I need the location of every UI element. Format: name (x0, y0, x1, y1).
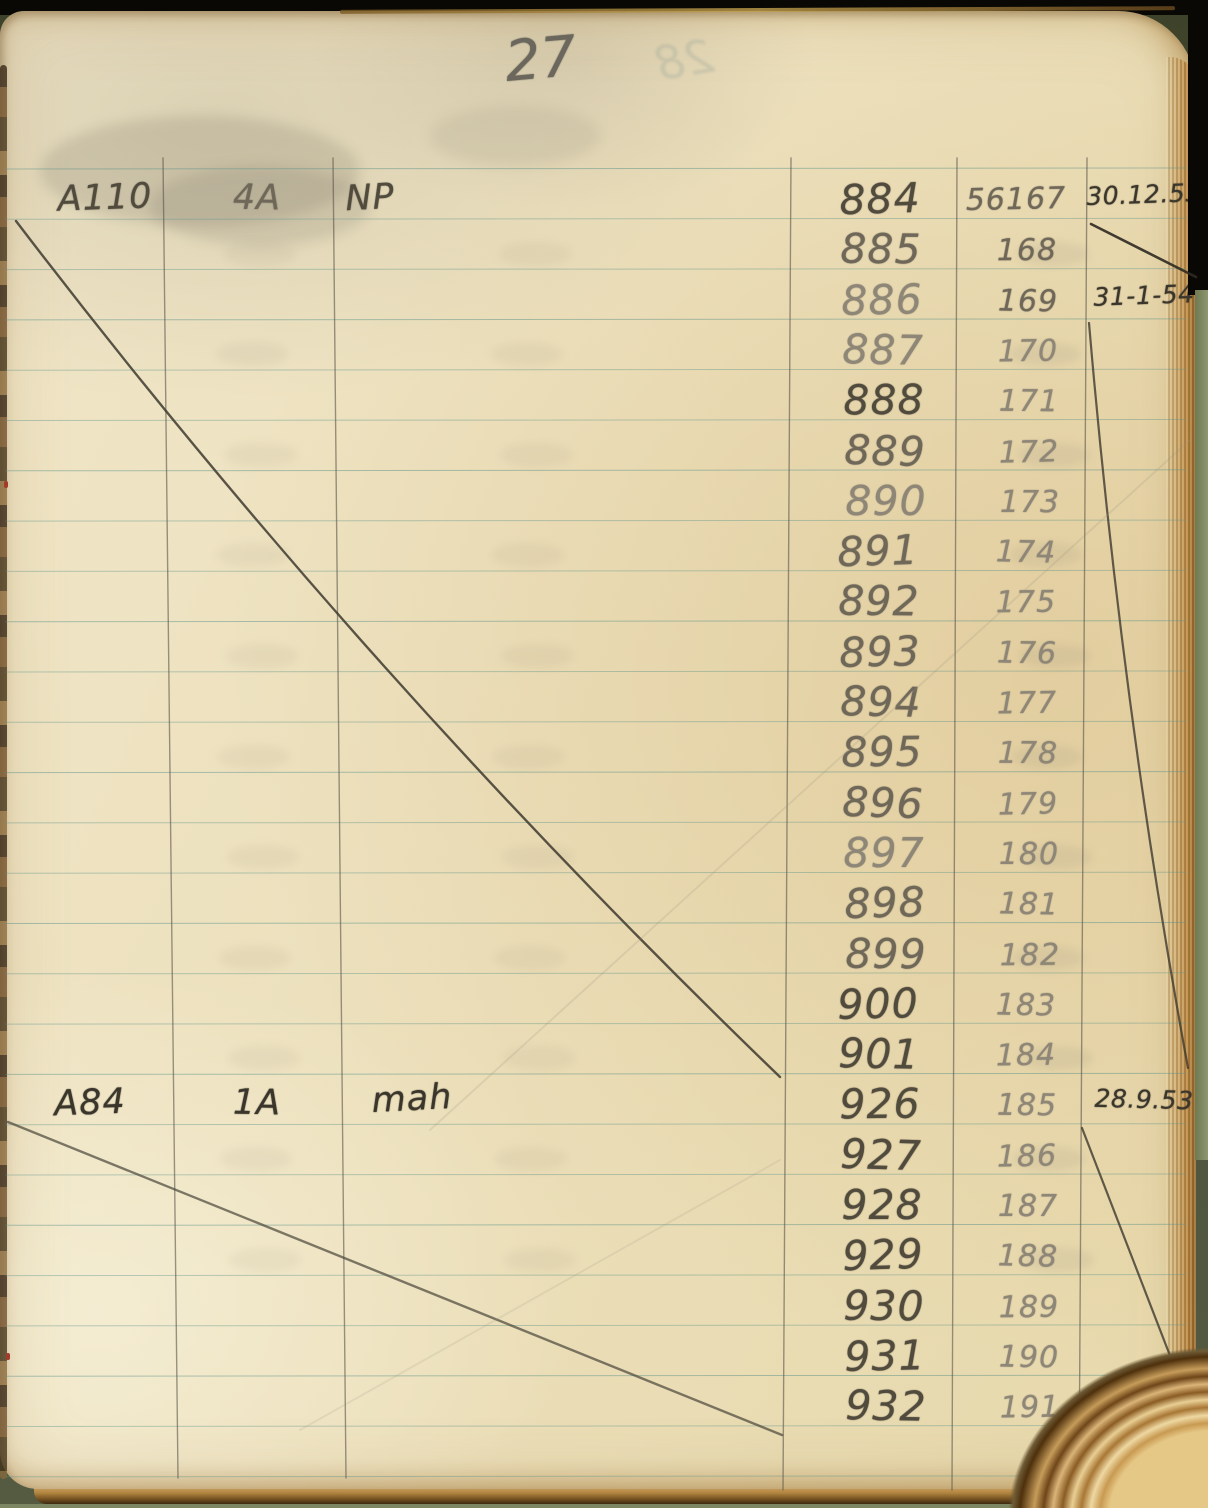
running-number-cell: 180 (987, 838, 1071, 872)
running-number-cell: 181 (987, 887, 1072, 923)
bleedthrough-blob (504, 1248, 576, 1272)
serial-number-cell: 885 (825, 227, 937, 272)
reference-cell: A110 (49, 176, 160, 220)
running-number-cell: 182 (988, 938, 1072, 973)
bleedthrough-blob (228, 1046, 300, 1070)
serial-number-cell: 932 (830, 1383, 943, 1429)
pencil-smudge (430, 106, 600, 166)
serial-number-cell: 899 (830, 931, 942, 976)
serial-number-cell: 892 (823, 579, 935, 624)
bleedthrough-blob (224, 242, 296, 266)
worn-left-edge (0, 65, 7, 1479)
running-number-cell: 188 (986, 1239, 1071, 1275)
notebook-page: 27 28 A1104ANP8845616730.12.538851688861… (0, 11, 1196, 1489)
bleedthrough-blob (503, 1046, 575, 1070)
serial-number-cell: 893 (824, 629, 937, 675)
backdrop-right-black (1188, 0, 1208, 295)
bleedthrough-blob (217, 543, 289, 567)
bleedthrough-blob (499, 242, 571, 266)
serial-number-cell: 888 (828, 378, 940, 423)
serial-number-cell: 930 (828, 1283, 940, 1328)
bleedthrough-blob (491, 342, 563, 366)
serial-number-cell: 928 (826, 1183, 938, 1227)
backdrop-right-green (1195, 290, 1208, 1160)
running-number-cell: 175 (984, 586, 1068, 621)
date-cell: 28.9.53 (1086, 1085, 1203, 1116)
running-number-cell: 186 (985, 1139, 1070, 1175)
bleedthrough-blob (494, 946, 566, 970)
serial-number-cell: 890 (830, 479, 942, 523)
serial-number-cell: 896 (826, 779, 939, 826)
serial-number-cell: 895 (826, 730, 938, 775)
running-number-cell: 170 (986, 334, 1070, 369)
date-cell: 30.12.53 (1086, 179, 1203, 211)
running-number-cell: 189 (987, 1290, 1071, 1325)
bleedthrough-blob (225, 443, 297, 467)
red-speck (6, 1353, 10, 1360)
running-number-cell: 183 (984, 988, 1068, 1023)
running-number-cell: 178 (986, 737, 1070, 772)
running-number-cell: 174 (984, 535, 1069, 571)
bleedthrough-blob (493, 745, 565, 769)
serial-number-cell: 927 (824, 1131, 937, 1178)
bleedthrough-blob (216, 342, 288, 366)
serial-number-cell: 901 (823, 1031, 936, 1077)
serial-number-cell: 887 (827, 327, 940, 373)
serial-number-cell: 931 (829, 1333, 942, 1379)
bleedthrough-blob (501, 644, 573, 668)
page-number-bleedthrough: 28 (651, 29, 717, 91)
page-number: 27 (502, 24, 579, 95)
scanned-ledger-photo: 27 28 A1104ANP8845616730.12.538851688861… (0, 0, 1208, 1508)
running-number-cell: 187 (986, 1190, 1070, 1224)
code-cell: mah (361, 1077, 463, 1122)
serial-number-cell: 900 (822, 981, 935, 1027)
serial-number-cell: 929 (826, 1232, 939, 1279)
batch-cell: 1A (212, 1083, 303, 1125)
running-number-cell: 172 (987, 435, 1072, 471)
code-cell: NP (329, 176, 411, 220)
running-number-cell: 176 (985, 636, 1069, 671)
serial-number-cell: 898 (828, 879, 941, 926)
running-number-cell: 179 (986, 787, 1071, 823)
bleedthrough-blob (218, 745, 290, 769)
bleedthrough-blob (502, 845, 574, 869)
running-number-cell: 168 (985, 234, 1069, 269)
reference-cell: A84 (34, 1081, 145, 1125)
bleedthrough-blob (500, 443, 572, 467)
bleedthrough-blob (495, 1147, 567, 1171)
running-number-cell: 171 (987, 385, 1071, 420)
serial-number-cell: 889 (828, 427, 941, 474)
bleedthrough-blob (219, 946, 291, 970)
running-number-cell: 185 (985, 1089, 1069, 1124)
serial-number-cell: 894 (825, 679, 938, 725)
batch-cell: 4A (212, 177, 303, 219)
running-number-cell: 173 (988, 486, 1072, 520)
bleedthrough-blob (227, 845, 299, 869)
bleedthrough-blob (220, 1147, 292, 1171)
running-number-cell: 169 (986, 284, 1070, 319)
page-corner-curl (983, 1333, 1208, 1508)
bleedthrough-blob (229, 1248, 301, 1272)
running-number-cell: 177 (985, 686, 1069, 721)
serial-number-cell: 926 (824, 1082, 936, 1127)
running-number-cell: 184 (984, 1038, 1068, 1073)
serial-number-cell: 891 (821, 527, 934, 574)
serial-number-cell: 884 (823, 175, 936, 222)
bleedthrough-blob (492, 543, 564, 567)
bleedthrough-blob (226, 644, 298, 668)
date-cell: 31-1-54 (1086, 280, 1203, 312)
red-speck (4, 481, 8, 488)
serial-number-cell: 886 (826, 276, 939, 322)
serial-number-cell: 897 (828, 831, 940, 875)
running-number-cell: 56167 (950, 182, 1083, 218)
